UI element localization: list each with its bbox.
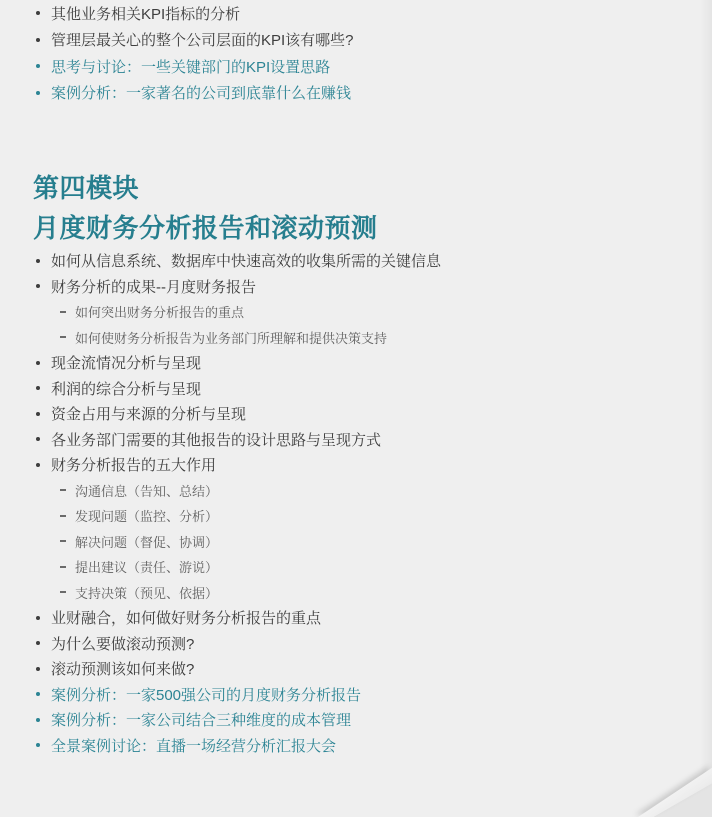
list-item: 如何从信息系统、数据库中快速高效的收集所需的关键信息	[0, 248, 712, 274]
page-curl-fold	[626, 757, 712, 817]
dash-icon	[60, 591, 66, 593]
bullet-icon	[36, 361, 40, 365]
bullet-icon	[36, 38, 40, 42]
bullet-icon	[36, 692, 40, 696]
list-item-label: 案例分析：一家公司结合三种维度的成本管理	[51, 709, 351, 730]
list-item: 利润的综合分析与呈现	[0, 376, 712, 402]
dash-icon	[60, 566, 66, 568]
page-curl-background	[626, 757, 712, 817]
intro-bullet-list: 其他业务相关KPI指标的分析 管理层最关心的整个公司层面的KPI该有哪些? 思考…	[0, 0, 712, 106]
module-bullet-list: 如何从信息系统、数据库中快速高效的收集所需的关键信息 财务分析的成果--月度财务…	[0, 248, 712, 758]
list-item: 案例分析：一家著名的公司到底靠什么在赚钱	[0, 80, 712, 107]
module-title-line2: 月度财务分析报告和滚动预测	[33, 213, 378, 243]
list-item-label: 财务分析报告的五大作用	[51, 454, 216, 475]
list-item-label: 思考与讨论：一些关键部门的KPI设置思路	[51, 56, 330, 77]
list-sub-item: 提出建议（责任、游说）	[0, 554, 712, 580]
list-item-label: 业财融合，如何做好财务分析报告的重点	[51, 607, 321, 628]
list-item-label: 解决问题（督促、协调）	[75, 532, 218, 551]
dash-icon	[60, 515, 66, 517]
bullet-icon	[36, 386, 40, 390]
list-item: 案例分析：一家公司结合三种维度的成本管理	[0, 707, 712, 733]
list-item-label: 利润的综合分析与呈现	[51, 378, 201, 399]
dash-icon	[60, 540, 66, 542]
dash-icon	[60, 489, 66, 491]
page-curl	[626, 757, 712, 817]
module-title-line1: 第四模块	[33, 173, 139, 203]
list-item-label: 提出建议（责任、游说）	[75, 557, 218, 576]
list-item: 资金占用与来源的分析与呈现	[0, 401, 712, 427]
list-item: 财务分析的成果--月度财务报告	[0, 274, 712, 300]
dash-icon	[60, 311, 66, 313]
list-sub-item: 沟通信息（告知、总结）	[0, 478, 712, 504]
list-item-label: 全景案例讨论：直播一场经营分析汇报大会	[51, 735, 336, 756]
list-item: 各业务部门需要的其他报告的设计思路与呈现方式	[0, 427, 712, 453]
list-item-label: 资金占用与来源的分析与呈现	[51, 403, 246, 424]
list-item: 滚动预测该如何来做?	[0, 656, 712, 682]
list-item: 管理层最关心的整个公司层面的KPI该有哪些?	[0, 27, 712, 54]
list-sub-item: 发现问题（监控、分析）	[0, 503, 712, 529]
list-item-label: 沟通信息（告知、总结）	[75, 481, 218, 500]
list-item: 业财融合，如何做好财务分析报告的重点	[0, 605, 712, 631]
bullet-icon	[36, 284, 40, 288]
list-item-label: 发现问题（监控、分析）	[75, 506, 218, 525]
list-item: 其他业务相关KPI指标的分析	[0, 0, 712, 27]
list-item-label: 各业务部门需要的其他报告的设计思路与呈现方式	[51, 429, 381, 450]
list-item-label: 滚动预测该如何来做?	[51, 658, 194, 679]
bullet-icon	[36, 437, 40, 441]
bullet-icon	[36, 11, 40, 15]
list-item-label: 管理层最关心的整个公司层面的KPI该有哪些?	[51, 29, 354, 50]
dash-icon	[60, 336, 66, 338]
document-page: 其他业务相关KPI指标的分析 管理层最关心的整个公司层面的KPI该有哪些? 思考…	[0, 0, 712, 817]
list-item: 思考与讨论：一些关键部门的KPI设置思路	[0, 53, 712, 80]
list-item-label: 支持决策（预见、依据）	[75, 583, 218, 602]
list-sub-item: 解决问题（督促、协调）	[0, 529, 712, 555]
list-item: 财务分析报告的五大作用	[0, 452, 712, 478]
bullet-icon	[36, 641, 40, 645]
list-item-label: 案例分析：一家著名的公司到底靠什么在赚钱	[51, 82, 351, 103]
list-item-label: 如何突出财务分析报告的重点	[75, 302, 244, 321]
list-item-label: 为什么要做滚动预测?	[51, 633, 194, 654]
list-item-label: 案例分析：一家500强公司的月度财务分析报告	[51, 684, 361, 705]
list-item-label: 财务分析的成果--月度财务报告	[51, 276, 256, 297]
bullet-icon	[36, 616, 40, 620]
list-item-label: 现金流情况分析与呈现	[51, 352, 201, 373]
list-sub-item: 如何使财务分析报告为业务部门所理解和提供决策支持	[0, 325, 712, 351]
list-sub-item: 支持决策（预见、依据）	[0, 580, 712, 606]
bullet-icon	[36, 743, 40, 747]
list-item-label: 其他业务相关KPI指标的分析	[51, 3, 240, 24]
bullet-icon	[36, 463, 40, 467]
list-item-label: 如何从信息系统、数据库中快速高效的收集所需的关键信息	[51, 250, 441, 271]
bullet-icon	[36, 91, 40, 95]
bullet-icon	[36, 718, 40, 722]
bullet-icon	[36, 259, 40, 263]
bullet-icon	[36, 64, 40, 68]
module-title: 第四模块 月度财务分析报告和滚动预测	[33, 168, 712, 248]
list-item: 案例分析：一家500强公司的月度财务分析报告	[0, 682, 712, 708]
page-curl-fold-shadow	[626, 757, 712, 817]
bullet-icon	[36, 412, 40, 416]
bullet-icon	[36, 667, 40, 671]
list-item: 为什么要做滚动预测?	[0, 631, 712, 657]
list-sub-item: 如何突出财务分析报告的重点	[0, 299, 712, 325]
list-item: 全景案例讨论：直播一场经营分析汇报大会	[0, 733, 712, 759]
list-item: 现金流情况分析与呈现	[0, 350, 712, 376]
list-item-label: 如何使财务分析报告为业务部门所理解和提供决策支持	[75, 328, 387, 347]
